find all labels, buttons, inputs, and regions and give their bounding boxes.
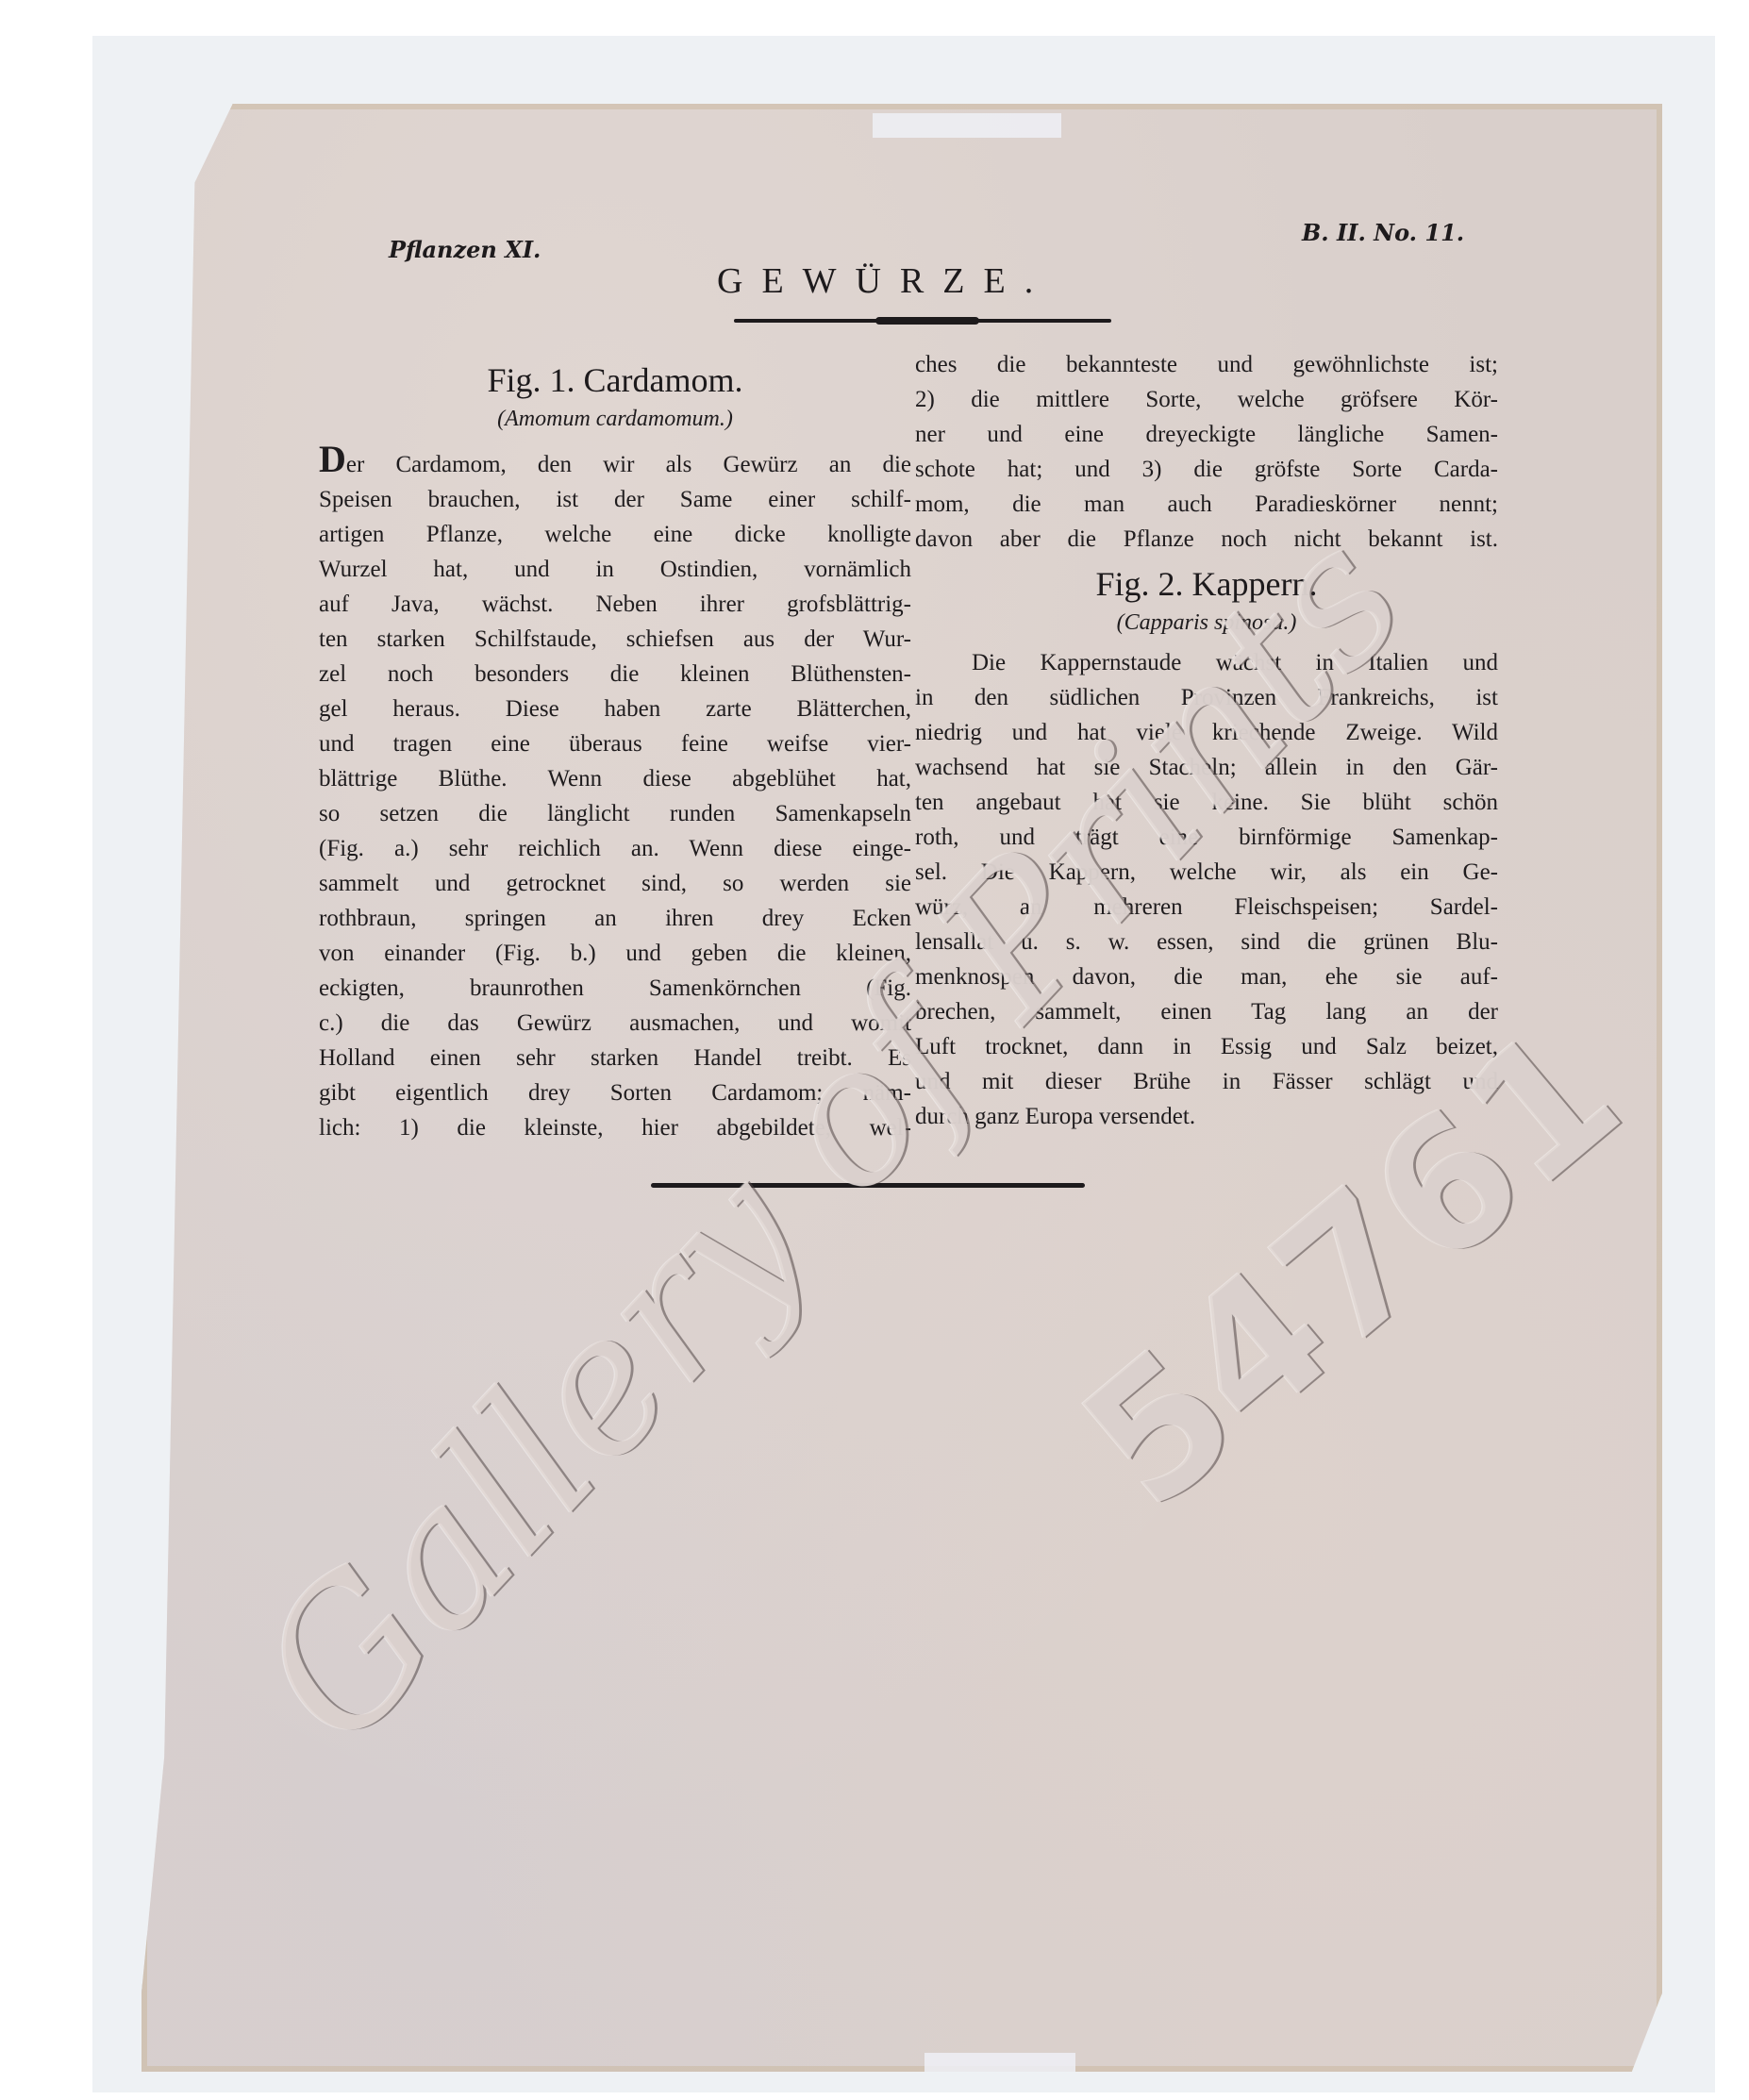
page-title: GEWÜRZE. xyxy=(717,260,1052,302)
fig1-continuation: ches die bekannteste und gewöhnlichste i… xyxy=(915,347,1498,557)
tape-strip-top xyxy=(873,113,1061,138)
text-line: so setzen die länglicht runden Samenkaps… xyxy=(319,796,911,831)
text-line: mom, die man auch Paradieskörner nennt; xyxy=(915,487,1498,522)
text-line: ches die bekannteste und gewöhnlichste i… xyxy=(915,347,1498,382)
text-line: davon aber die Pflanze noch nicht bekann… xyxy=(915,522,1498,557)
page-series-label: Pflanzen XI. xyxy=(389,236,541,263)
text-line: sammelt und getrocknet sind, so werden s… xyxy=(319,866,911,901)
tape-strip-bottom xyxy=(924,2053,1075,2072)
volume-number-label: B. II. No. 11. xyxy=(1302,219,1464,246)
text-line: schote hat; und 3) die gröfste Sorte Car… xyxy=(915,452,1498,487)
drop-cap: D xyxy=(319,438,346,480)
text-line: ten starken Schilfstaude, schiefsen aus … xyxy=(319,622,911,657)
text-line: (Fig. a.) sehr reichlich an. Wenn diese … xyxy=(319,831,911,866)
text-line: Speisen brauchen, ist der Same einer sch… xyxy=(319,482,911,517)
text-line: 2) die mittlere Sorte, welche gröfsere K… xyxy=(915,382,1498,417)
text-line: zel noch besonders die kleinen Blüthenst… xyxy=(319,657,911,692)
text-line: artigen Pflanze, welche eine dicke knoll… xyxy=(319,517,911,552)
fig1-heading: Fig. 1. Cardamom. xyxy=(319,358,911,402)
text-line: gel heraus. Diese haben zarte Blätterche… xyxy=(319,692,911,726)
text-line: von einander (Fig. b.) und geben die kle… xyxy=(319,936,911,971)
fig1-latin-name: (Amomum cardamomum.) xyxy=(319,402,911,436)
title-divider xyxy=(734,319,1111,323)
text-line: und tragen eine überaus feine weifse vie… xyxy=(319,726,911,761)
text-line: Wurzel hat, und in Ostindien, vornämlich xyxy=(319,552,911,587)
text-line: rothbraun, springen an ihren drey Ecken xyxy=(319,901,911,936)
text-line: blättrige Blüthe. Wenn diese abgeblühet … xyxy=(319,761,911,796)
text-line: auf Java, wächst. Neben ihrer grofsblätt… xyxy=(319,587,911,622)
text-line: ner und eine dreyeckigte längliche Samen… xyxy=(915,417,1498,452)
